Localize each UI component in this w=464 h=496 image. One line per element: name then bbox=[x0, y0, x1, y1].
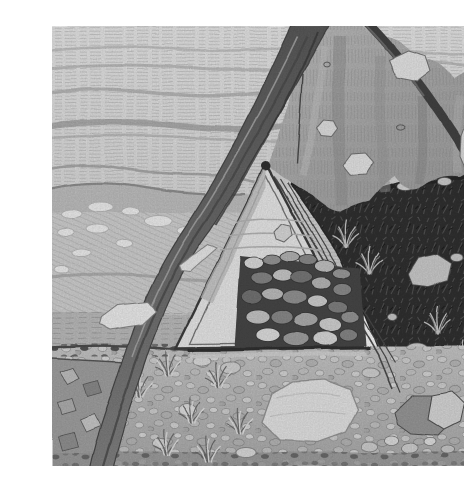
pencil-grain-overlay bbox=[52, 26, 464, 466]
drawing-area bbox=[48, 22, 464, 471]
pencil-drawing-canvas: Graphite pencil drawing: A-frame shelter… bbox=[40, 16, 464, 480]
album-artwork: Graphite pencil drawing: A-frame shelter… bbox=[40, 16, 464, 480]
